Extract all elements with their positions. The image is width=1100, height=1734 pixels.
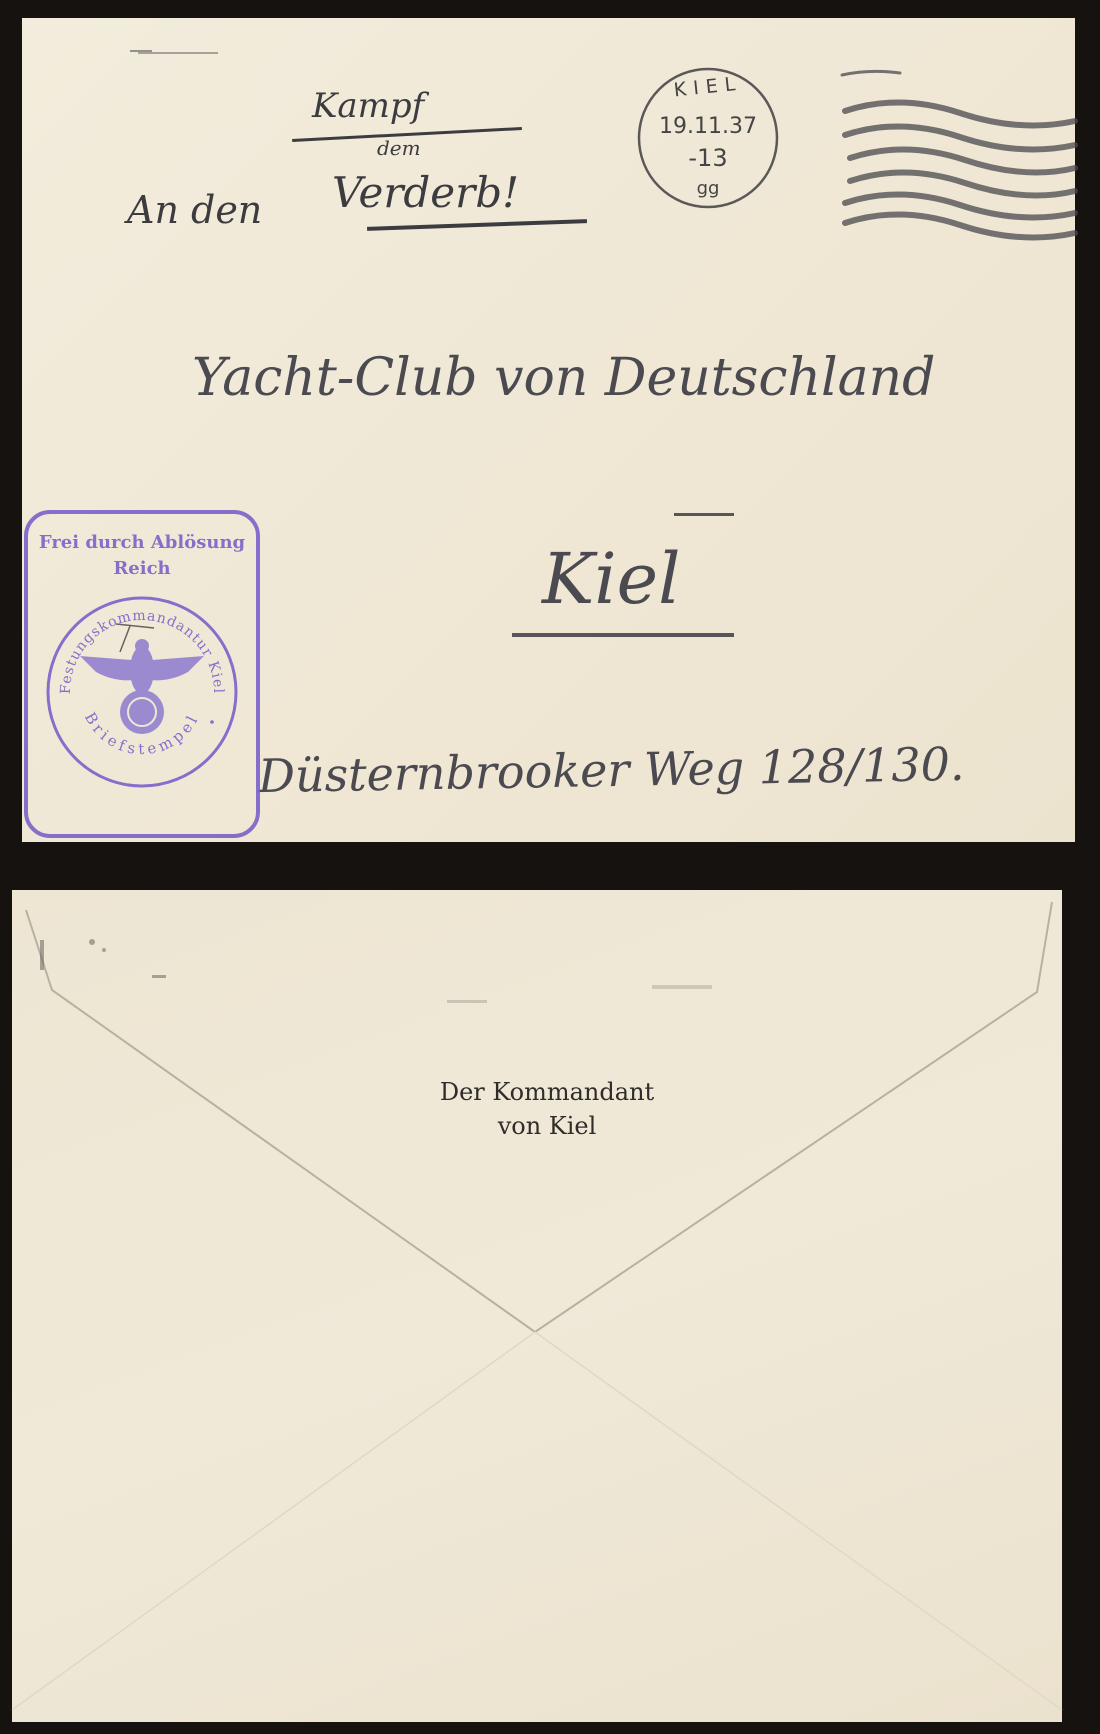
envelope-front: Kampf dem An den Verderb! KIEL 19.11.37 … bbox=[22, 18, 1075, 842]
underline-verderb bbox=[367, 219, 587, 231]
postmark-code: gg bbox=[658, 178, 758, 199]
sender-line1: Der Kommandant bbox=[392, 1078, 702, 1106]
postmark-time: -13 bbox=[658, 144, 758, 172]
postmark: KIEL 19.11.37 -13 gg bbox=[636, 66, 780, 210]
handwritten-an-den: An den bbox=[127, 188, 262, 232]
address-city: Kiel bbox=[542, 538, 681, 620]
wavy-cancel-lines-icon bbox=[840, 73, 1080, 233]
handwritten-kampf: Kampf bbox=[312, 86, 424, 126]
city-top-stroke bbox=[674, 513, 734, 516]
envelope-flap-icon bbox=[12, 890, 1062, 1722]
stamp-line2: Reich bbox=[28, 558, 256, 579]
sender-line2: von Kiel bbox=[392, 1112, 702, 1140]
underline-city bbox=[512, 633, 734, 637]
envelope-back: Der Kommandant von Kiel bbox=[12, 890, 1062, 1722]
stray-mark bbox=[138, 52, 218, 54]
official-stamp: Frei durch Ablösung Reich Festungskomman… bbox=[24, 510, 260, 838]
address-street: Düsternbrooker Weg 128/130. bbox=[258, 737, 965, 803]
postmark-date: 19.11.37 bbox=[658, 114, 758, 139]
address-line-recipient: Yacht-Club von Deutschland bbox=[192, 348, 935, 408]
eagle-seal-icon: Festungskommandantur Kiel Briefstempel bbox=[44, 594, 240, 790]
handwritten-dem: dem bbox=[377, 136, 421, 160]
stamp-line1: Frei durch Ablösung bbox=[28, 532, 256, 553]
handwritten-verderb: Verderb! bbox=[332, 168, 519, 217]
